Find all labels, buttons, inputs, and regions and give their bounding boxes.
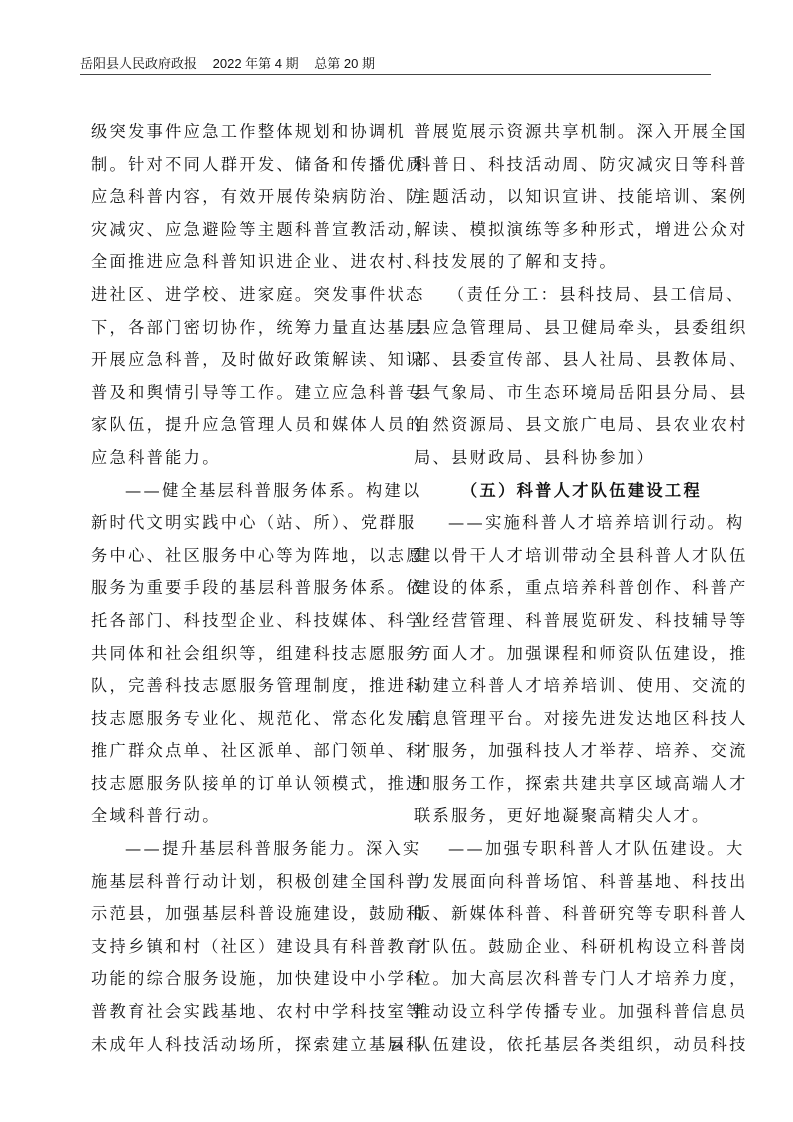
text-line: 全面推进应急科普知识进企业、进农村、 (91, 246, 387, 279)
text-line: 进社区、进学校、进家庭。突发事件状态 (91, 279, 387, 312)
text-line: 功能的综合服务设施，加快建设中小学科 (91, 963, 387, 996)
responsibility-note-start: （责任分工：县科技局、县工信局、 (414, 279, 710, 312)
text-line: 解读、模拟演练等多种形式，增进公众对 (414, 214, 710, 247)
paragraph-start-line: ——健全基层科普服务体系。构建以 (91, 475, 387, 508)
text-line: 建设的体系，重点培养科普创作、科普产 (414, 572, 710, 605)
text-line: 家队伍，提升应急管理人员和媒体人员的 (91, 409, 387, 442)
publication-title: 岳阳县人民政府政报 (80, 56, 197, 71)
text-line: 下，各部门密切协作，统筹力量直达基层 (91, 312, 387, 345)
text-line: 队，完善科技志愿服务管理制度，推进科 (91, 670, 387, 703)
text-line: 制。针对不同人群开发、储备和传播优质 (91, 149, 387, 182)
text-line: 版、新媒体科普、科普研究等专职科普人 (414, 898, 710, 931)
paragraph-start-line: ——加强专职科普人才队伍建设。大 (414, 833, 710, 866)
text-line: 施基层科普行动计划，积极创建全国科普 (91, 866, 387, 899)
right-column: 普展览展示资源共享机制。深入开展全国 科普日、科技活动周、防灾减灾日等科普 主题… (414, 116, 710, 1061)
text-line: 主题活动，以知识宣讲、技能培训、案例 (414, 181, 710, 214)
text-line: 方面人才。加强课程和师资队伍建设，推 (414, 638, 710, 671)
text-line: 应急科普内容，有效开展传染病防治、防 (91, 181, 387, 214)
text-line: 服务为重要手段的基层科普服务体系。依 (91, 572, 387, 605)
text-line: 才队伍。鼓励企业、科研机构设立科普岗 (414, 931, 710, 964)
text-line: 部、县委宣传部、县人社局、县教体局、 (414, 344, 710, 377)
text-line: 级突发事件应急工作整体规划和协调机 (91, 116, 387, 149)
issue-number: 2022 年第 4 期 (213, 56, 299, 71)
section-heading: （五）科普人才队伍建设工程 (414, 475, 710, 508)
text-line: 力发展面向科普场馆、科普基地、科技出 (414, 866, 710, 899)
text-line: 全域科普行动。 (91, 800, 387, 833)
text-line: 和服务工作，探索共建共享区域高端人才 (414, 768, 710, 801)
left-column: 级突发事件应急工作整体规划和协调机 制。针对不同人群开发、储备和传播优质 应急科… (91, 116, 387, 1061)
text-line: 务中心、社区服务中心等为阵地，以志愿 (91, 540, 387, 573)
text-line: 动建立科普人才培养培训、使用、交流的 (414, 670, 710, 703)
page-number: 74 (0, 1040, 793, 1052)
text-line: 建以骨干人才培训带动全县科普人才队伍 (414, 540, 710, 573)
text-line: 开展应急科普，及时做好政策解读、知识 (91, 344, 387, 377)
paragraph-start-line: ——提升基层科普服务能力。深入实 (91, 833, 387, 866)
text-line: 信息管理平台。对接先进发达地区科技人 (414, 703, 710, 736)
text-line: 局、县财政局、县科协参加） (414, 442, 710, 475)
text-line: 位。加大高层次科普专门人才培养力度， (414, 963, 710, 996)
text-line: 科技发展的了解和支持。 (414, 246, 710, 279)
text-line: 示范县，加强基层科普设施建设，鼓励和 (91, 898, 387, 931)
text-line: 技志愿服务专业化、规范化、常态化发展， (91, 703, 387, 736)
text-line: 县应急管理局、县卫健局牵头，县委组织 (414, 312, 710, 345)
text-line: 自然资源局、县文旅广电局、县农业农村 (414, 409, 710, 442)
text-line: 灾减灾、应急避险等主题科普宣教活动， (91, 214, 387, 247)
text-line: 托各部门、科技型企业、科技媒体、科学 (91, 605, 387, 638)
text-line: 普教育社会实践基地、农村中学科技室等 (91, 996, 387, 1029)
text-line: 业经营管理、科普展览研发、科技辅导等 (414, 605, 710, 638)
text-line: 推动设立科学传播专业。加强科普信息员 (414, 996, 710, 1029)
running-header: 岳阳县人民政府政报 2022 年第 4 期 总第 20 期 (80, 56, 711, 75)
text-line: 应急科普能力。 (91, 442, 387, 475)
total-issue-number: 总第 20 期 (314, 56, 375, 71)
text-line: 共同体和社会组织等，组建科技志愿服务 (91, 638, 387, 671)
text-line: 科普日、科技活动周、防灾减灾日等科普 (414, 149, 710, 182)
text-line: 才服务，加强科技人才举荐、培养、交流 (414, 735, 710, 768)
text-line: 支持乡镇和村（社区）建设具有科普教育 (91, 931, 387, 964)
text-line: 普及和舆情引导等工作。建立应急科普专 (91, 377, 387, 410)
text-line: 新时代文明实践中心（站、所）、党群服 (91, 507, 387, 540)
paragraph-start-line: ——实施科普人才培养培训行动。构 (414, 507, 710, 540)
text-line: 县气象局、市生态环境局岳阳县分局、县 (414, 377, 710, 410)
text-line: 推广群众点单、社区派单、部门领单、科 (91, 735, 387, 768)
text-line: 技志愿服务队接单的订单认领模式，推进 (91, 768, 387, 801)
text-line: 普展览展示资源共享机制。深入开展全国 (414, 116, 710, 149)
text-line: 联系服务，更好地凝聚高精尖人才。 (414, 800, 710, 833)
